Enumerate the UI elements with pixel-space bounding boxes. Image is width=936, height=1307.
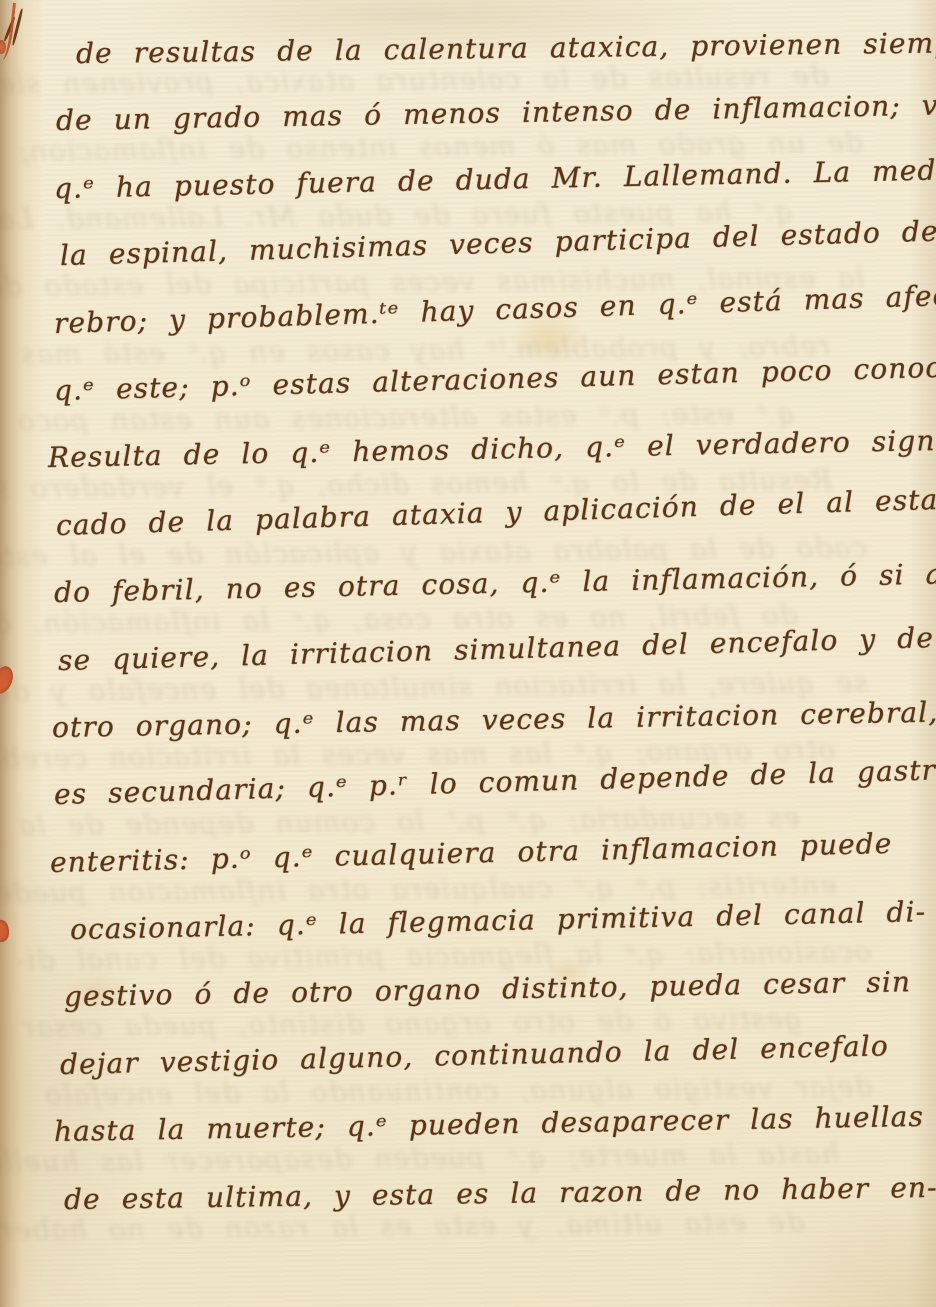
manuscript-line: hasta la muerte; q.ᵉ pueden desaparecer …: [53, 1083, 906, 1165]
manuscript-text-block: de resultas de la calentura ataxica, pro…: [0, 0, 936, 1233]
manuscript-line: de esta ultima, y esta es la razon de no…: [64, 1154, 907, 1233]
manuscript-page: de resultas de la calentura ataxica, pro…: [0, 0, 936, 1307]
